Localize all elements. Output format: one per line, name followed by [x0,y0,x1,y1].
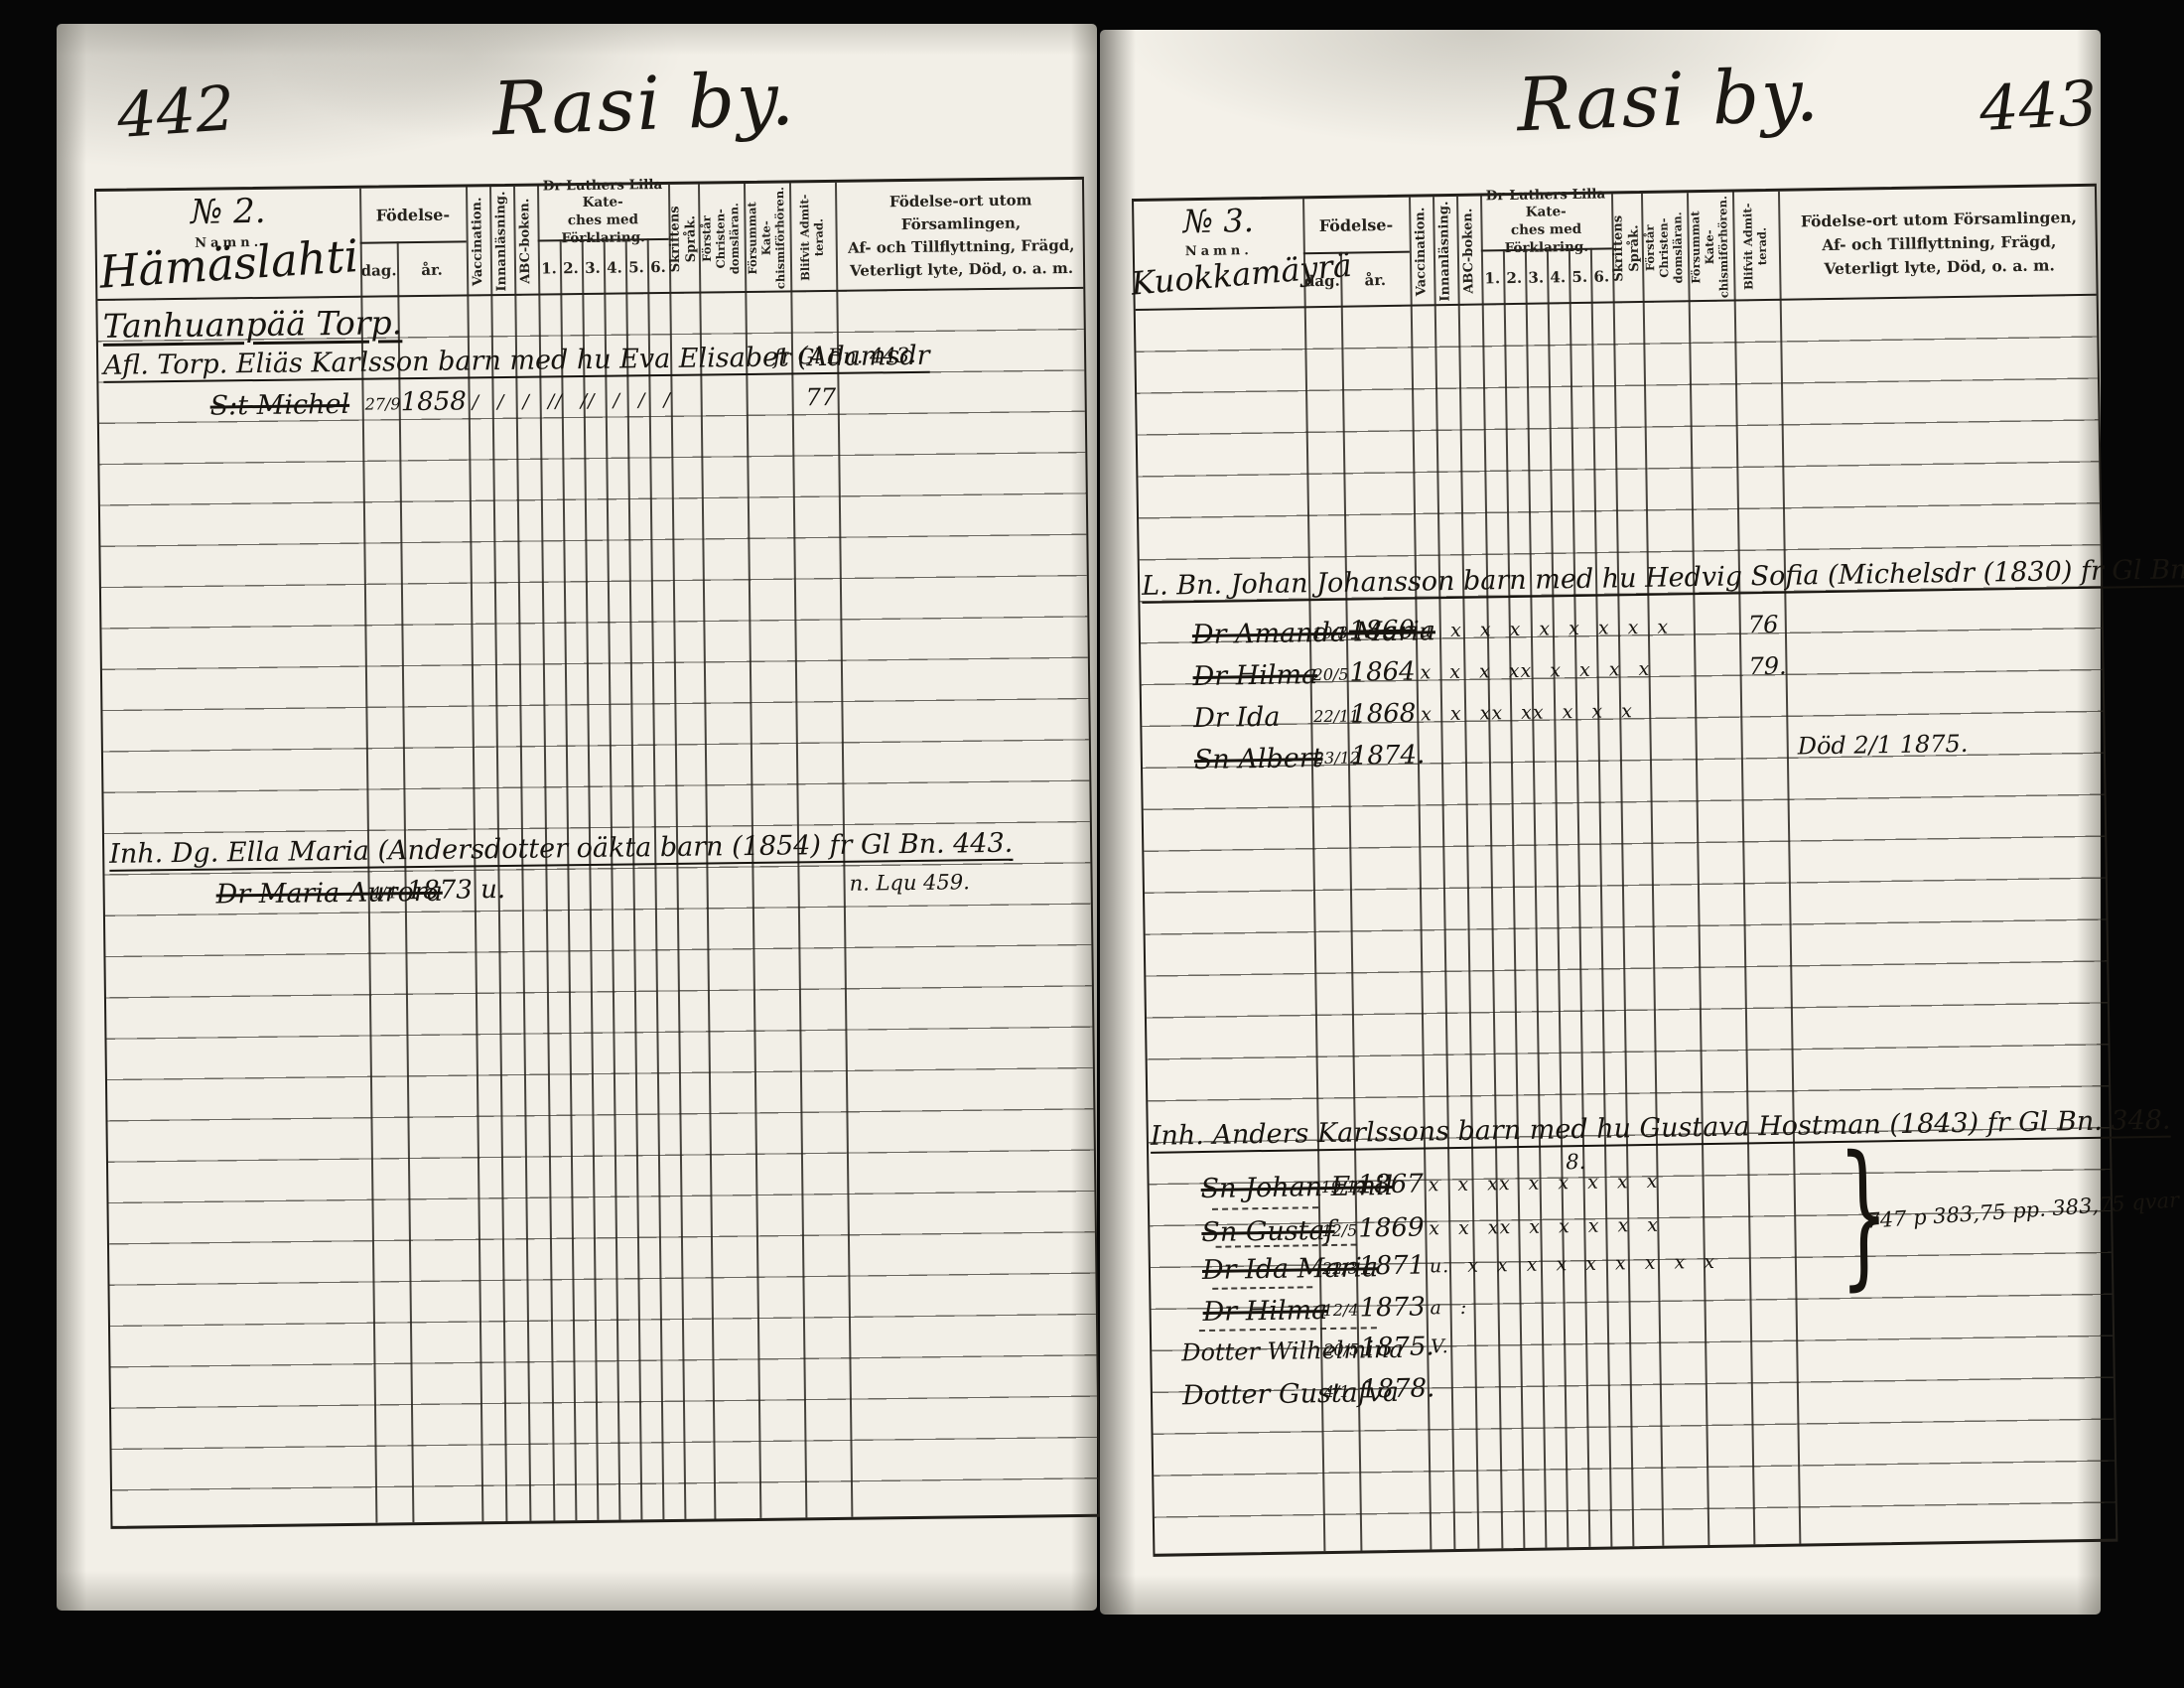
family-ref-note: fr Gl Bn. 443. [773,344,916,369]
entry-birth-day: 4/1 [1324,1382,1350,1401]
col-header-forsummat-cell: Försummat Kate- chismiförhören. [1687,192,1734,302]
col-header-namn-cell: № 2. Namn. Hämäslahti [96,189,360,301]
entry-birth-day: 20/5 [1323,1340,1359,1360]
col-header-dag: dag. [1303,253,1341,309]
col-header-abc-boken: ABC-boken. [513,187,538,296]
col-header-namn-cell: № 3. Namn. Kuokkamäyrä [1134,199,1304,311]
col-header-forsummat-cell: Försummat Kate- chismiförhören. [744,183,790,293]
col-header-blifvit-cell: Blifvit Admit- terad. [789,183,836,293]
register-table-left: № 2. Namn. Hämäslahti Födelse- dag. år. … [94,177,1100,1529]
page-title-left: Rasi by. [491,57,797,153]
entry-birth-year: 1868 [1350,699,1417,730]
entry-name: Sn Albert [1194,743,1323,775]
col-header-k6: 6. [1590,248,1613,303]
col-header-blifvit: Blifvit Admit- terad. [789,183,836,293]
entry-birth-year: 1858 [400,386,467,417]
household-number: № 2. [96,191,359,233]
entry-marks: u x x x x x x x x [1420,617,1670,642]
col-header-kateches: Dr Luthers Lilla Kate- ches med Förklari… [1480,194,1612,249]
col-header-skriftens: Skriftens Språk. [1611,194,1643,303]
entry-marks: x x x xx x x x x [1420,658,1650,684]
col-header-k5: 5. [1569,249,1591,304]
col-header-k3: 3. [1525,249,1548,304]
col-header-vaccination: Vaccination. [466,187,490,296]
entry-birth-day: 20/5 [1312,665,1348,685]
col-header-fodelseort: Födelse-ort utom Församlingen, Af- och T… [835,180,1087,292]
col-header-blifvit-cell: Blifvit Admit- terad. [1732,192,1780,302]
col-header-ar: år. [397,241,468,297]
page-number-left: 442 [115,71,237,152]
entry-birth-year: 1860 [1349,616,1416,646]
entry-marks: x x xx x x x x x [1429,1214,1659,1240]
entry-birth-year: 1864 [1349,657,1416,688]
col-header-abc-boken: ABC-boken. [1456,196,1482,305]
table-header-right: № 3. Namn. Kuokkamäyrä Födelse- dag. år.… [1134,187,2097,311]
col-header-k5: 5. [625,239,648,294]
col-header-vaccination: Vaccination. [1409,197,1434,306]
col-header-abc-boken-cell: ABC-boken. [513,187,538,296]
col-header-innanlasning: Innanläsning. [1433,197,1458,306]
col-header-skriftens-cell: Skriftens Språk. [668,185,699,294]
col-header-forsummat: Försummat Kate- chismiförhören. [1687,192,1734,302]
col-header-ar: år. [1340,252,1411,308]
entry-birth-day: 27/9 [365,394,401,413]
entry-score: 76 [1748,611,1779,638]
entry-birth-day: 12/5 [1321,1221,1357,1241]
entry-marks: / / / // // / / / [473,389,672,413]
family-sub-note: 8. [1566,1150,1585,1174]
entry-birth-day: 10/3 [1312,624,1348,643]
entry-birth-year: 1878. [1361,1373,1435,1404]
entry-marks: x x xx x x x x x [1428,1171,1658,1196]
col-header-dag: dag. [360,242,398,297]
entry-birth-year: 1867 [1357,1170,1424,1200]
col-header-blifvit: Blifvit Admit- terad. [1732,192,1780,302]
col-header-forstar-cell: Förstår Christen- domsläran. [1641,193,1689,303]
col-header-innanlasning: Innanläsning. [489,187,514,296]
col-header-kateches: Dr Luthers Lilla Kate- ches med Förklari… [537,185,669,240]
col-header-k1: 1. [1481,250,1504,305]
entry-name: Dr Hilma [1202,1295,1327,1328]
entry-marks: a : [1430,1297,1467,1320]
col-header-fodelse: Födelse- [359,187,467,241]
entry-birth-year: 1873 [1359,1292,1426,1323]
col-header-forstar: Förstår Christen- domsläran. [1641,193,1689,303]
col-header-skriftens: Skriftens Språk. [668,185,699,294]
col-header-k2: 2. [560,240,583,295]
entry-birth-year: 1873 u. [406,875,505,906]
col-header-vaccination-cell: Vaccination. [1409,197,1434,306]
col-header-k4: 4. [604,239,626,294]
household-number: № 3. [1134,201,1303,241]
page-number-right: 443 [1978,67,2099,145]
entry-marks: u. x x x x x x x x x [1430,1251,1715,1278]
entry-marks: V. [1431,1336,1449,1357]
entry-name: Dr Ida [1193,702,1281,734]
entry-marks: x x xx xx x x x [1421,700,1633,725]
col-header-forstar: Förstår Christen- domsläran. [698,184,745,294]
col-header-vaccination-cell: Vaccination. [466,187,490,296]
block-title: Tanhuanpää Torp. [102,303,402,346]
col-header-k6: 6. [647,239,670,294]
page-title-right: Rasi by. [1516,53,1822,149]
col-header-abc-boken-cell: ABC-boken. [1456,196,1482,305]
col-header-k4: 4. [1547,249,1570,304]
entry-name: Sn Gustaf [1201,1215,1335,1248]
entry-name: S:t Michel [209,389,349,422]
col-header-k2: 2. [1503,250,1526,305]
entry-score: 77 [805,383,836,411]
entry-birth-year: 1875. [1360,1332,1434,1362]
entry-birth-day: 4/4 [371,883,397,902]
col-header-innanlasning-cell: Innanläsning. [489,187,514,296]
death-note: Död 2/1 1875. [1798,730,1969,761]
col-header-forstar-cell: Förstår Christen- domsläran. [698,184,745,294]
entry-birth-year: 1871 [1359,1250,1426,1281]
col-header-fodelse: Födelse- [1302,198,1410,253]
entry-name: Dr Hilma [1192,659,1317,692]
entry-birth-day: 22/3 [1322,1259,1358,1279]
col-header-fodelseort: Födelse-ort utom Församlingen, Af- och T… [1778,187,2101,301]
col-header-k1: 1. [538,240,561,295]
entry-margin-note: n. Lqu 459. [849,870,970,895]
col-header-k3: 3. [582,240,605,295]
entry-birth-year: 1869 [1358,1213,1425,1244]
scanned-parish-register: 442 Rasi by. № 2. Namn. Hämäslahti Födel… [0,0,2184,1688]
register-table-right: № 3. Namn. Kuokkamäyrä Födelse- dag. år.… [1132,184,2117,1557]
entry-score: 79. [1748,652,1787,681]
entry-birth-day: 12/4 [1322,1301,1358,1321]
table-header-left: № 2. Namn. Hämäslahti Födelse- dag. år. … [96,180,1083,301]
entry-birth-year: 1874. [1351,740,1426,771]
col-header-skriftens-cell: Skriftens Språk. [1611,194,1643,303]
col-header-forsummat: Försummat Kate- chismiförhören. [744,183,790,293]
col-header-innanlasning-cell: Innanläsning. [1433,197,1458,306]
